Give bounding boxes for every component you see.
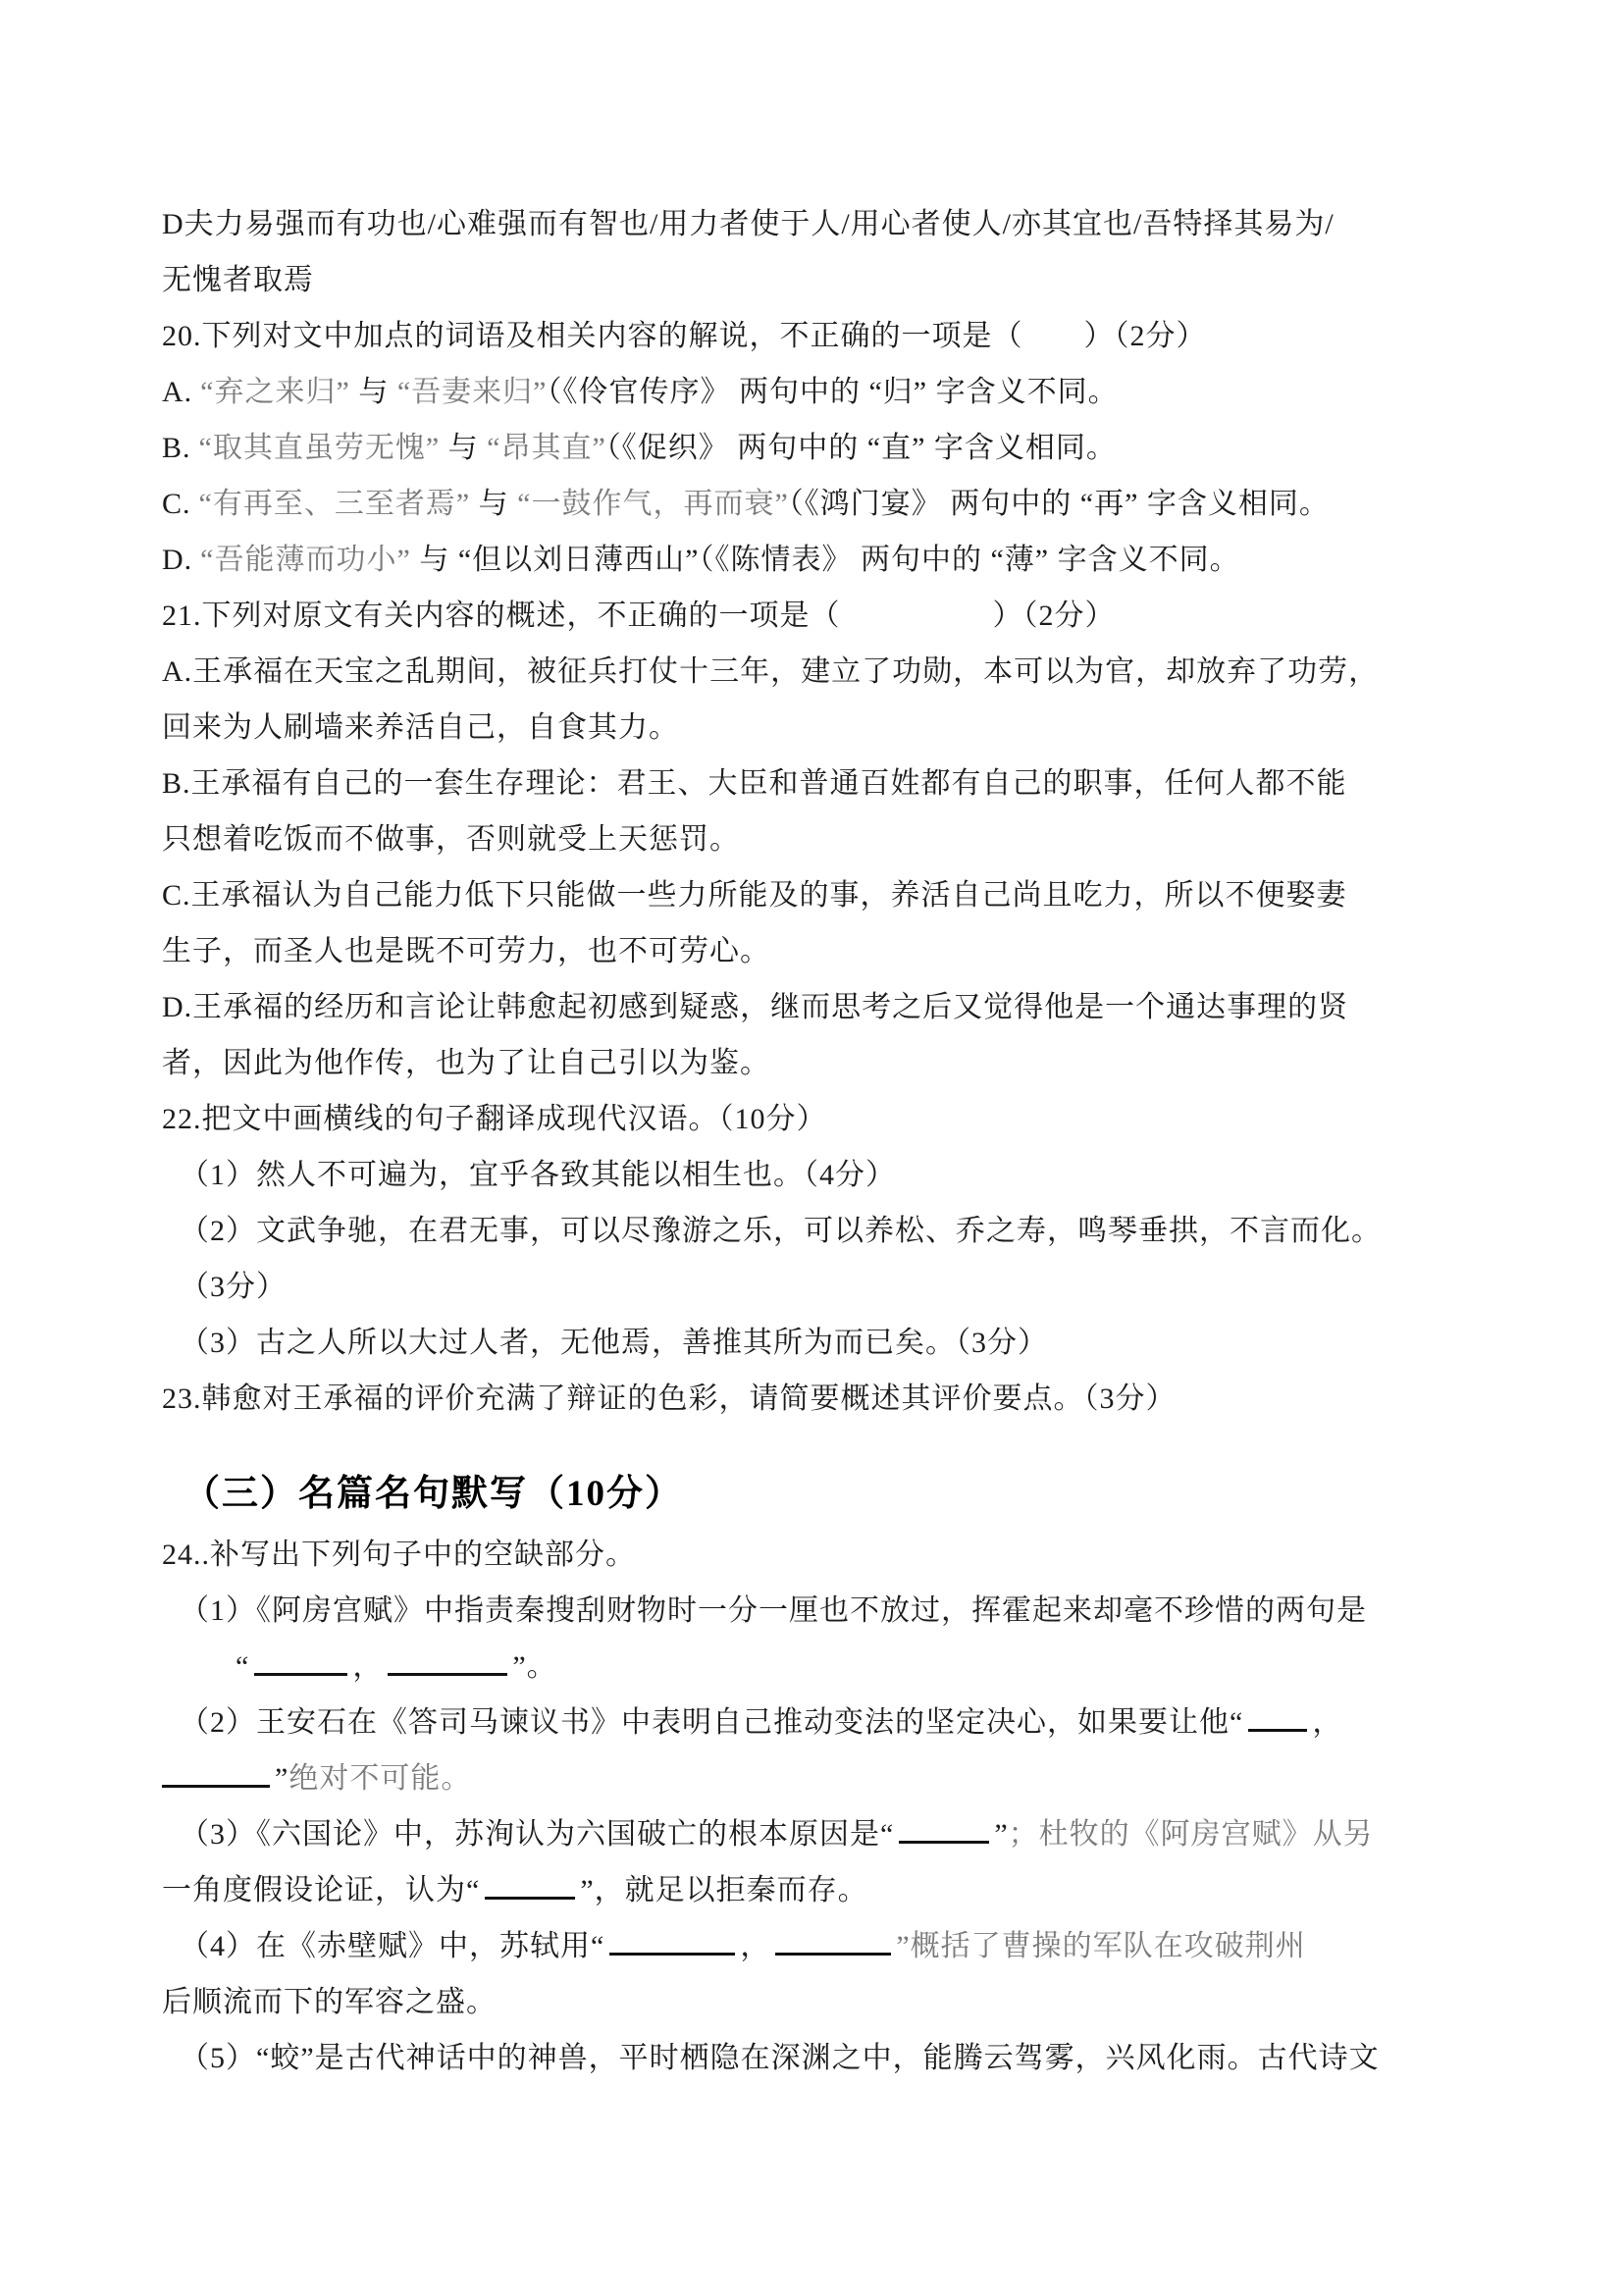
q21-option-b-line1: B.王承福有自己的一套生存理论：君王、大臣和普通百姓都有自己的职事，任何人都不能: [162, 756, 1472, 811]
answer-blank: [254, 1642, 347, 1676]
exam-paper-page: D夫力易强而有功也/心难强而有智也/用力者使于人/用心者使人/亦其宜也/吾特择其…: [0, 0, 1623, 2296]
q20-option-b-quote1: “取其直虽劳无愧”: [199, 432, 441, 464]
q20-option-c: C.“有再至、三至者焉” 与 “一鼓作气，再而衰”（《鸿门宴》 两句中的 “再”…: [162, 476, 1472, 532]
q20-option-a: A.“弃之来归” 与 “吾妻来归”（《伶官传序》 两句中的 “归” 字含义不同。: [162, 364, 1472, 420]
section-gap: [162, 1427, 1472, 1462]
q20-option-d-mid: 与: [411, 544, 458, 576]
q21-option-d-line1: D.王承福的经历和言论让韩愈起初感到疑惑，继而思考之后又觉得他是一个通达事理的贤: [162, 979, 1472, 1035]
q20-option-d-tail: （《陈情表》 两句中的 “薄” 字含义不同。: [699, 544, 1239, 576]
q22-item-2-score: （3分）: [162, 1259, 1472, 1315]
q24-item-2-tail: 绝对不可能。: [288, 1762, 471, 1795]
q24-item-1-quote-open: “: [236, 1650, 249, 1683]
q24-item-3-cont-tail: ”，就足以拒秦而存。: [580, 1874, 867, 1906]
q20-option-d: D.“吾能薄而功小” 与 “但以刘日薄西山”（《陈情表》 两句中的 “薄” 字含…: [162, 532, 1472, 588]
q20-option-b: B.“取其直虽劳无愧” 与 “昂其直”（《促织》 两句中的 “直” 字含义相同。: [162, 420, 1472, 476]
answer-blank: [899, 1809, 989, 1844]
q20-option-d-quote2: “但以刘日薄西山”: [458, 544, 700, 576]
q20-option-a-tail: （《伶官传序》 两句中的 “归” 字含义不同。: [547, 376, 1118, 408]
q21-option-b-line2: 只想着吃饭而不做事，否则就受上天惩罚。: [162, 811, 1472, 867]
q24-item-1: （1）《阿房宫赋》中指责秦搜刮财物时一分一厘也不放过，挥霍起来却毫不珍惜的两句是: [162, 1583, 1472, 1639]
answer-blank: [609, 1921, 735, 1956]
q24-item-4-tail: 概括了曹操的军队在攻破荆州: [911, 1930, 1306, 1962]
q24-item-2: （2）王安石在《答司马谏议书》中表明自己推动变法的坚定决心，如果要让他“，: [162, 1695, 1472, 1750]
q20-option-b-tail: （《促织》 两句中的 “直” 字含义相同。: [606, 432, 1117, 464]
question-23-stem: 23.韩愈对王承福的评价充满了辩证的色彩，请简要概述其评价要点。（3分）: [162, 1371, 1472, 1427]
q21-option-c-line1: C.王承福认为自己能力低下只能做一些力所能及的事，养活自己尚且吃力，所以不便娶妻: [162, 867, 1472, 923]
q24-item-4: （4）在《赤壁赋》中，苏轼用“，”概括了曹操的军队在攻破荆州: [162, 1918, 1472, 1974]
q24-item-3: （3）《六国论》中，苏洵认为六国破亡的根本原因是“”；杜牧的《阿房宫赋》从另: [162, 1806, 1472, 1862]
q24-item-2-quote-close: ”: [275, 1762, 288, 1795]
q21-option-a-line1: A.王承福在天宝之乱期间，被征兵打仗十三年，建立了功勋，本可以为官，却放弃了功劳…: [162, 644, 1472, 700]
q20-option-a-quote2: “吾妻来归”: [397, 376, 548, 408]
q24-item-4-quote-close: ”: [896, 1930, 910, 1962]
answer-blank: [485, 1865, 575, 1900]
answer-blank: [775, 1921, 891, 1956]
q20-option-b-quote2: “昂其直”: [487, 432, 606, 464]
q24-item-4-continuation: 后顺流而下的军容之盛。: [162, 1974, 1472, 2030]
question-24-stem: 24..补写出下列句子中的空缺部分。: [162, 1527, 1472, 1583]
q24-item-1-quote-close: ”。: [512, 1650, 556, 1683]
q22-item-1: （1）然人不可遍为，宜乎各致其能以相生也。（4分）: [162, 1147, 1472, 1203]
q24-item-5: （5）“蛟”是古代神话中的神兽，平时栖隐在深渊之中，能腾云驾雾，兴风化雨。古代诗…: [162, 2030, 1472, 2086]
q22-item-3: （3）古之人所以大过人者，无他焉，善推其所为而已矣。（3分）: [162, 1315, 1472, 1371]
q24-item-1-comma: ，: [352, 1650, 383, 1683]
q20-option-c-label: C.: [162, 488, 191, 520]
q24-item-3-quote-close: ”: [994, 1818, 1008, 1851]
q20-option-a-quote1: “弃之来归”: [200, 376, 350, 408]
q20-option-c-mid: 与: [470, 488, 517, 520]
q24-item-3-text: （3）《六国论》中，苏洵认为六国破亡的根本原因是“: [180, 1818, 894, 1851]
q24-item-3-tail: ；杜牧的《阿房宫赋》从另: [1009, 1818, 1374, 1851]
q22-item-2: （2）文武争驰，在君无事，可以尽豫游之乐，可以养松、乔之寿，鸣琴垂拱，不言而化。: [162, 1203, 1472, 1259]
answer-blank: [1248, 1697, 1307, 1732]
q20-option-d-quote1: “吾能薄而功小”: [200, 544, 411, 576]
passage-line-2: 无愧者取焉: [162, 252, 1472, 308]
q20-option-c-quote2: “一鼓作气，再而衰”: [517, 488, 789, 520]
section-3-heading: （三）名篇名句默写（10分）: [162, 1462, 1472, 1527]
q20-option-c-tail: （《鸿门宴》 两句中的 “再” 字含义相同。: [789, 488, 1330, 520]
q21-option-a-line2: 回来为人刷墙来养活自己，自食其力。: [162, 700, 1472, 756]
passage-line-1: D夫力易强而有功也/心难强而有智也/用力者使于人/用心者使人/亦其宜也/吾特择其…: [162, 196, 1472, 252]
answer-blank: [388, 1642, 507, 1676]
q20-option-c-quote1: “有再至、三至者焉”: [199, 488, 471, 520]
q20-option-a-mid: 与: [350, 376, 397, 408]
page-content: D夫力易强而有功也/心难强而有智也/用力者使于人/用心者使人/亦其宜也/吾特择其…: [162, 196, 1472, 2086]
q20-option-b-label: B.: [162, 432, 191, 464]
answer-blank: [162, 1753, 270, 1788]
q24-item-4-comma: ，: [740, 1930, 770, 1962]
q24-item-1-answer-line: “，”。: [162, 1639, 1472, 1695]
q24-item-2-comma: ，: [1312, 1706, 1342, 1739]
q20-option-a-label: A.: [162, 376, 192, 408]
question-20-stem: 20.下列对文中加点的词语及相关内容的解说，不正确的一项是（ ）（2分）: [162, 308, 1472, 364]
q20-option-d-label: D.: [162, 544, 192, 576]
q24-item-3-cont-text: 一角度假设论证，认为“: [162, 1874, 480, 1906]
q24-item-3-continuation: 一角度假设论证，认为“”，就足以拒秦而存。: [162, 1862, 1472, 1918]
q21-option-d-line2: 者，因此为他作传，也为了让自己引以为鉴。: [162, 1035, 1472, 1091]
q24-item-2-continuation: ”绝对不可能。: [162, 1750, 1472, 1806]
q24-item-4-text: （4）在《赤壁赋》中，苏轼用“: [180, 1930, 604, 1962]
question-22-stem: 22.把文中画横线的句子翻译成现代汉语。（10分）: [162, 1091, 1472, 1147]
q20-option-b-mid: 与: [440, 432, 487, 464]
q24-item-2-text: （2）王安石在《答司马谏议书》中表明自己推动变法的坚定决心，如果要让他“: [180, 1706, 1243, 1739]
q21-option-c-line2: 生子，而圣人也是既不可劳力，也不可劳心。: [162, 923, 1472, 979]
question-21-stem: 21.下列对原文有关内容的概述，不正确的一项是（ ）（2分）: [162, 588, 1472, 644]
